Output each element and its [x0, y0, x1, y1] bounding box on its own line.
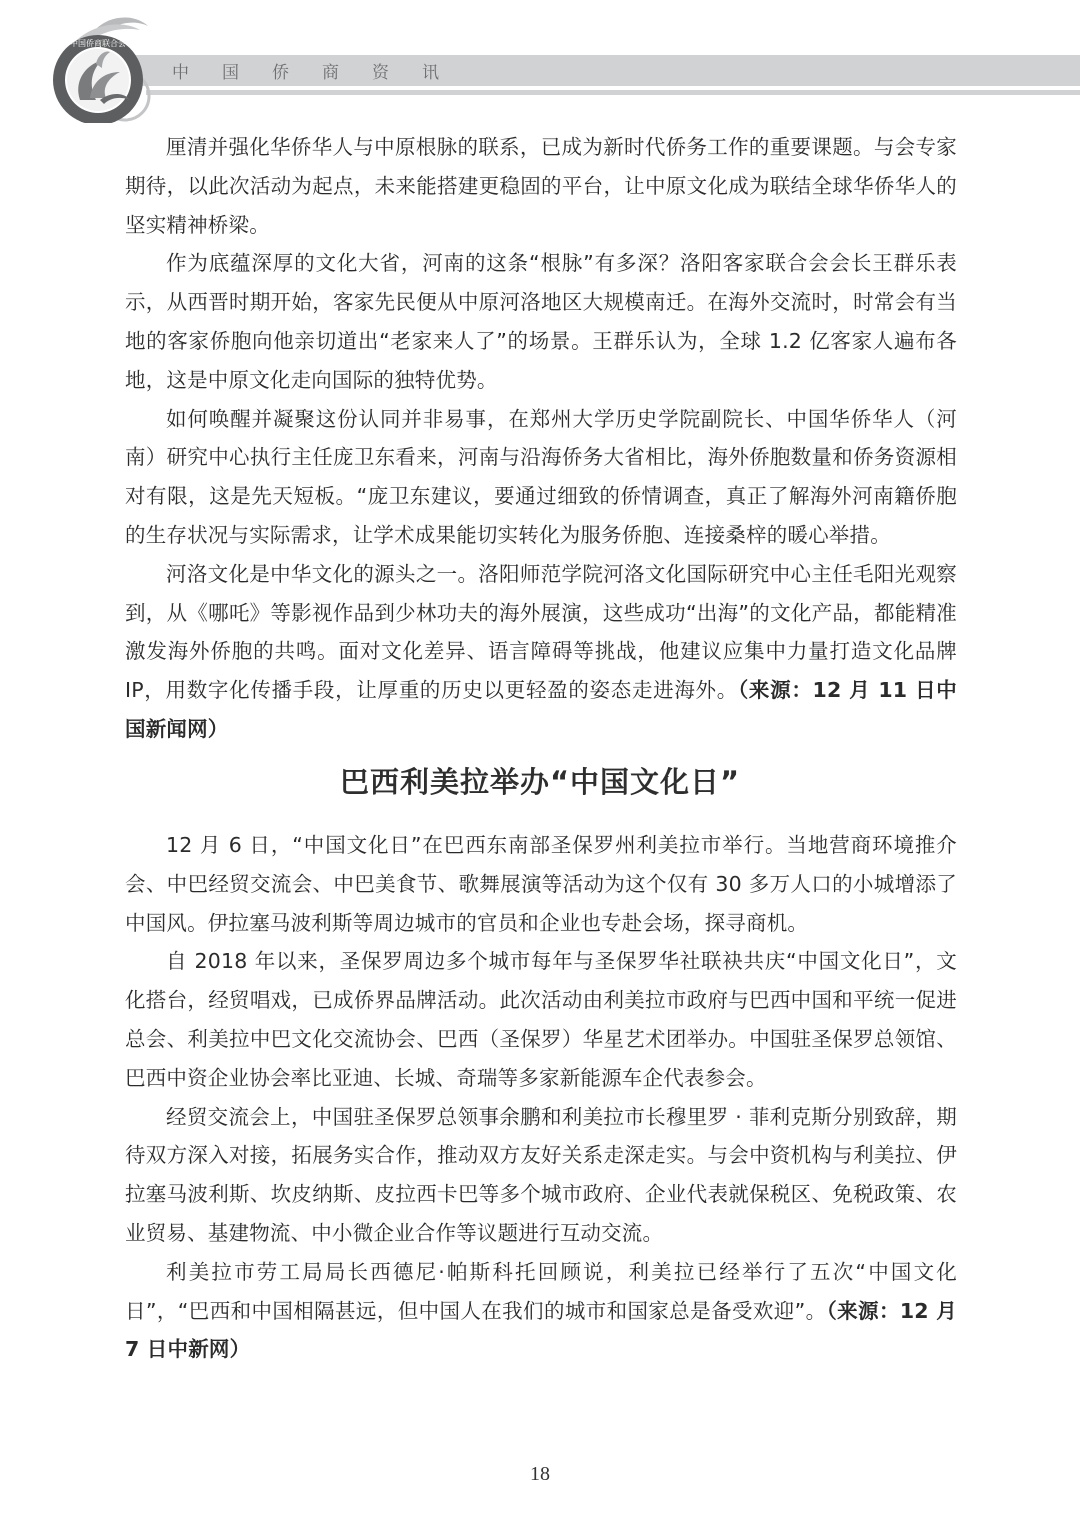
title-char: 讯: [422, 58, 472, 84]
paragraph-with-source: 河洛文化是中华文化的源头之一。洛阳师范学院河洛文化国际研究中心主任毛阳光观察到，…: [125, 555, 957, 749]
article-continuation: 厘清并强化华侨华人与中原根脉的联系，已成为新时代侨务工作的重要课题。与会专家期待…: [125, 128, 957, 749]
title-char: 国: [222, 58, 272, 84]
title-char: 商: [322, 58, 372, 84]
paragraph: 如何唤醒并凝聚这份认同并非易事，在郑州大学历史学院副院长、中国华侨华人（河南）研…: [125, 400, 957, 555]
article-headline: 巴西利美拉举办“中国文化日”: [0, 760, 1080, 801]
header-divider: [146, 90, 1080, 95]
publication-title: 中 国 侨 商 资 讯: [172, 58, 472, 84]
article-body: 12 月 6 日，“中国文化日”在巴西东南部圣保罗州利美拉市举行。当地营商环境推…: [125, 826, 957, 1369]
title-char: 资: [372, 58, 422, 84]
title-char: 侨: [272, 58, 322, 84]
paragraph: 自 2018 年以来，圣保罗周边多个城市每年与圣保罗华社联袂共庆“中国文化日”，…: [125, 942, 957, 1097]
svg-text:中国侨商联合会: 中国侨商联合会: [70, 38, 126, 48]
page-number: 18: [0, 1463, 1080, 1486]
paragraph: 经贸交流会上，中国驻圣保罗总领事余鹏和利美拉市长穆里罗 · 菲利克斯分别致辞，期…: [125, 1098, 957, 1253]
paragraph-with-source: 利美拉市劳工局局长西德尼·帕斯科托回顾说，利美拉已经举行了五次“中国文化日”，“…: [125, 1253, 957, 1369]
paragraph: 厘清并强化华侨华人与中原根脉的联系，已成为新时代侨务工作的重要课题。与会专家期待…: [125, 128, 957, 244]
organization-logo-icon: 中国侨商联合会: [40, 8, 160, 123]
paragraph: 作为底蕴深厚的文化大省，河南的这条“根脉”有多深？洛阳客家联合会会长王群乐表示，…: [125, 244, 957, 399]
paragraph: 12 月 6 日，“中国文化日”在巴西东南部圣保罗州利美拉市举行。当地营商环境推…: [125, 826, 957, 942]
page-header: 中国侨商联合会 中 国 侨 商 资 讯: [0, 0, 1080, 130]
title-char: 中: [172, 58, 222, 84]
